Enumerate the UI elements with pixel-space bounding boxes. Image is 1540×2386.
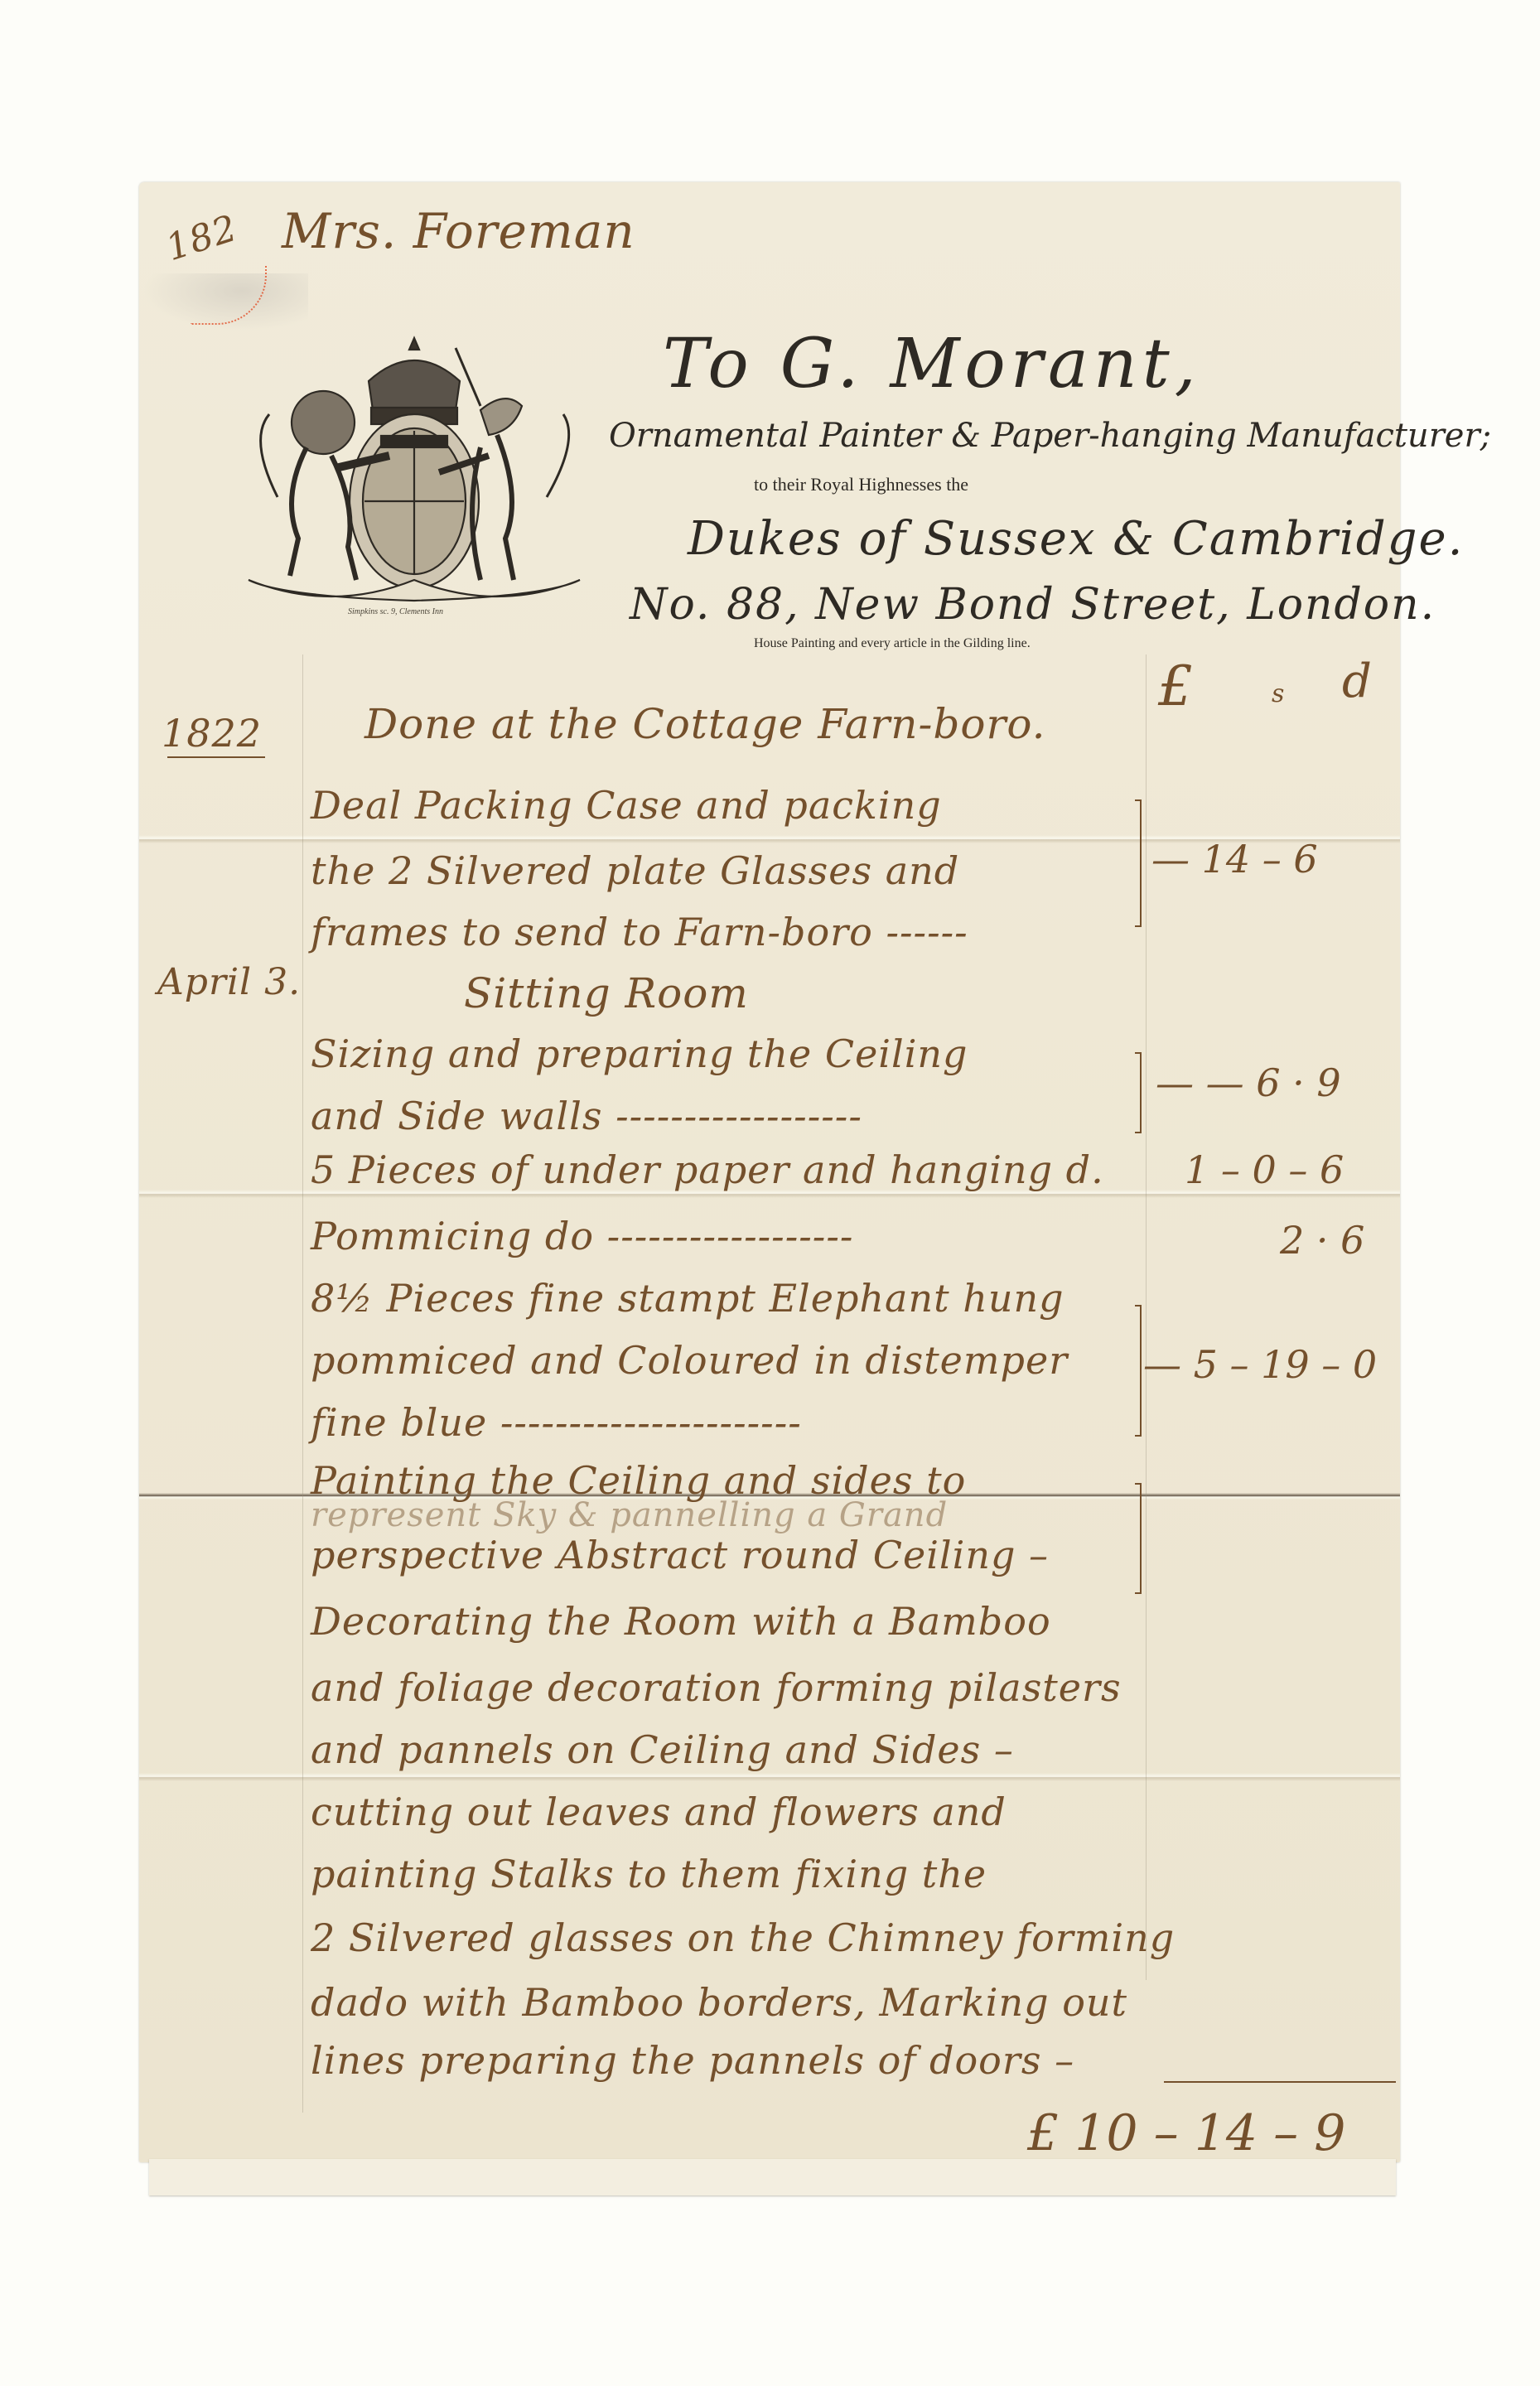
margin-rule	[302, 654, 303, 2113]
letterhead-royal-line: to their Royal Highnesses the	[754, 474, 968, 495]
entry-line: fine blue ----------------------	[311, 1400, 802, 1445]
amount-column-rule	[1146, 654, 1147, 1980]
entry-bracket	[1135, 799, 1142, 927]
engraver-credit: Simpkins sc. 9, Clements Inn	[348, 607, 443, 616]
letterhead-trade: Ornamental Painter & Paper-hanging Manuf…	[609, 417, 1491, 455]
entry-line: painting Stalks to them fixing the	[311, 1852, 987, 1896]
entry-bracket	[1135, 1052, 1142, 1133]
entry-bracket	[1135, 1483, 1142, 1594]
entry-line: 5 Pieces of under paper and hanging d.	[311, 1147, 1104, 1192]
column-header-shillings: s	[1272, 679, 1285, 708]
entry-line: 2 Silvered glasses on the Chimney formin…	[311, 1915, 1175, 1960]
entry-date: April 3.	[157, 961, 301, 1003]
entry-line: 8½ Pieces fine stampt Elephant hung	[311, 1276, 1064, 1321]
underlying-sheet-edge	[149, 2159, 1396, 2195]
entry-line: Decorating the Room with a Bamboo	[311, 1599, 1051, 1644]
letterhead-address: No. 88, New Bond Street, London.	[630, 580, 1436, 630]
invoice-year: 1822	[162, 711, 262, 756]
column-header-pounds: £	[1158, 654, 1194, 718]
letterhead-patrons: Dukes of Sussex & Cambridge.	[688, 512, 1464, 566]
entry-amount: — 14 – 6	[1151, 837, 1318, 881]
entry-line: and pannels on Ceiling and Sides –	[311, 1727, 1014, 1772]
letterhead-to-line: To G. Morant,	[663, 325, 1201, 403]
entry-line: Pommicing do ------------------	[311, 1214, 853, 1258]
entry-line: Deal Packing Case and packing	[311, 783, 942, 828]
entry-line: the 2 Silvered plate Glasses and	[311, 848, 959, 893]
entry-amount: 1 – 0 – 6	[1185, 1147, 1344, 1192]
entry-amount: — — 6 · 9	[1156, 1060, 1341, 1105]
entry-line: and Side walls ------------------	[311, 1094, 862, 1138]
section-heading: Sitting Room	[464, 969, 749, 1017]
entry-bracket	[1135, 1305, 1142, 1437]
paper-fold-line	[139, 1773, 1400, 1781]
column-header-pence: d	[1342, 654, 1373, 708]
customer-name: Mrs. Foreman	[282, 203, 635, 259]
year-underline	[167, 756, 265, 758]
entry-line: perspective Abstract round Ceiling –	[311, 1533, 1049, 1577]
entry-line: cutting out leaves and flowers and	[311, 1790, 1007, 1834]
entry-line: pommiced and Coloured in distemper	[311, 1338, 1068, 1383]
letterhead-services: House Painting and every article in the …	[754, 636, 1031, 651]
invoice-total: £ 10 – 14 – 9	[1027, 2104, 1345, 2162]
entry-line: and foliage decoration forming pilasters	[311, 1665, 1122, 1710]
total-rule	[1164, 2081, 1396, 2083]
entry-line: frames to send to Farn-boro ------	[311, 910, 968, 954]
entry-amount: — 5 – 19 – 0	[1143, 1342, 1377, 1387]
entry-line: Sizing and preparing the Ceiling	[311, 1031, 968, 1076]
royal-coat-of-arms-icon	[232, 331, 596, 613]
invoice-heading: Done at the Cottage Farn-boro.	[364, 700, 1046, 748]
entry-line: dado with Bamboo borders, Marking out	[311, 1980, 1127, 2025]
entry-line-obscured: represent Sky & pannelling a Grand	[311, 1496, 948, 1534]
entry-line: lines preparing the pannels of doors –	[311, 2038, 1074, 2083]
entry-amount: 2 · 6	[1280, 1218, 1364, 1263]
